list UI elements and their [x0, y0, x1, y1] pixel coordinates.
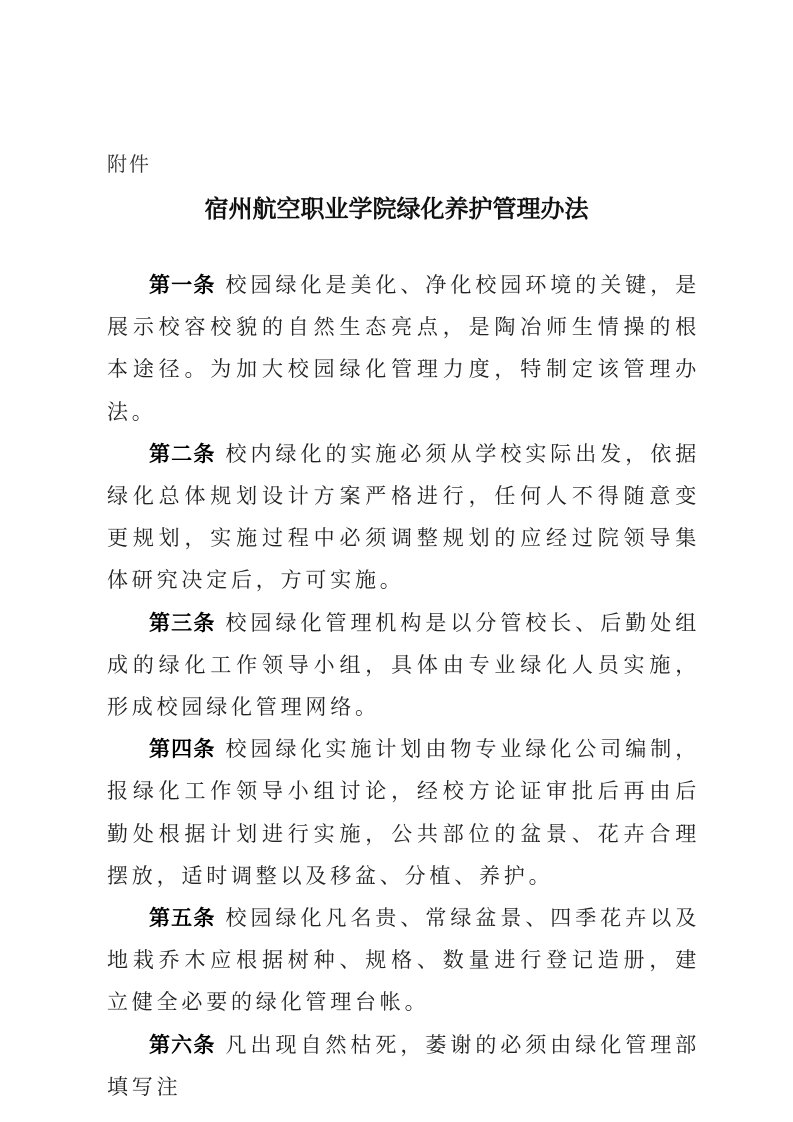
- document-title: 宿州航空职业学院绿化养护管理办法: [0, 189, 793, 224]
- article-5: 第五条校园绿化凡名贵、常绿盆景、四季花卉以及地栽乔木应根据树种、规格、数量进行登…: [107, 897, 700, 1024]
- article-1: 第一条校园绿化是美化、净化校园环境的关键，是展示校容校貌的自然生态亮点，是陶冶师…: [107, 264, 700, 433]
- article-2: 第二条校内绿化的实施必须从学校实际出发，依据绿化总体规划设计方案严格进行，任何人…: [107, 433, 700, 602]
- article-label: 第四条: [149, 737, 216, 761]
- article-3: 第三条校园绿化管理机构是以分管校长、后勤处组成的绿化工作领导小组，具体由专业绿化…: [107, 602, 700, 729]
- article-4: 第四条校园绿化实施计划由物专业绿化公司编制，报绿化工作领导小组讨论，经校方论证审…: [107, 728, 700, 897]
- article-label: 第六条: [149, 1033, 216, 1057]
- article-6: 第六条凡出现自然枯死，萎谢的必须由绿化管理部填写注: [107, 1024, 700, 1108]
- article-label: 第五条: [149, 906, 216, 930]
- article-label: 第三条: [149, 611, 216, 635]
- document-body: 第一条校园绿化是美化、净化校园环境的关键，是展示校容校貌的自然生态亮点，是陶冶师…: [107, 264, 700, 1108]
- article-label: 第二条: [149, 442, 216, 466]
- attachment-label: 附件: [107, 148, 151, 177]
- article-label: 第一条: [149, 273, 216, 297]
